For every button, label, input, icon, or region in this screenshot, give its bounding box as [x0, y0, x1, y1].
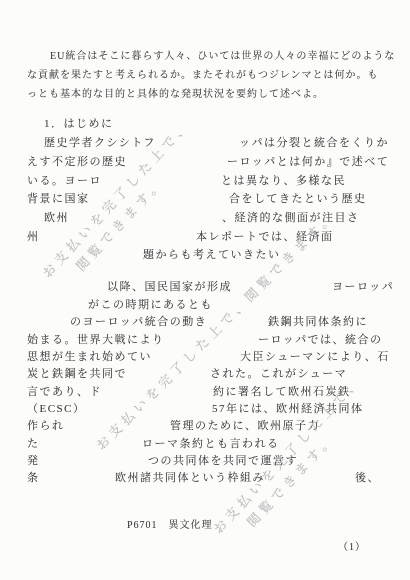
document-page: EU統合はそこに暮らす人々、ひいては世界の人々の幸福にどのようなな貢献を果たすと… — [0, 0, 410, 580]
body-text-fragment: 背景に国家 — [27, 192, 90, 206]
watermark: お支払いを完了した上で、閲覧できます。 — [92, 207, 340, 455]
footer-course-label: P6701 異文化理 — [127, 519, 213, 533]
body-text-fragment: 合をしてきたという歴史 — [229, 192, 367, 206]
body-text-fragment: のヨーロッパ統合の動き — [70, 315, 207, 329]
section-heading: 1．はじめに — [44, 117, 114, 131]
body-text-fragment: ローマ条約とも言われる — [142, 437, 280, 451]
body-text-fragment: 発 — [27, 454, 40, 468]
body-text-fragment: がこの時期にあるとも — [88, 298, 213, 312]
body-text-fragment: 管理のために、欧州原子力 — [170, 419, 320, 433]
body-text-fragment: 欧州 — [44, 211, 69, 225]
body-text-fragment: 本レポートでは、経済面 — [196, 230, 334, 244]
body-text-fragment: 57年には、欧州経済共同体 — [212, 402, 364, 416]
body-text-fragment: 始まる。世界大戦により — [27, 333, 165, 347]
body-text-fragment: 後、 — [355, 471, 380, 485]
body-text-fragment: た — [27, 437, 40, 451]
body-text-fragment: （ECSC） — [27, 402, 86, 416]
body-text-fragment: えす不定形の歴史 — [27, 155, 127, 169]
body-text-fragment: ーロッパでは、統合の — [258, 333, 383, 347]
watermark-line: お支払いを完了した上で、閲覧できます。 — [92, 207, 340, 455]
body-text-fragment: 以降、国民国家が形成 — [107, 280, 232, 294]
body-text-fragment: 作られ — [27, 419, 65, 433]
body-text-fragment: 炭と鉄鋼を共同で — [27, 367, 127, 381]
body-text-fragment: 思想が生まれ始めてい — [27, 350, 152, 364]
body-text-fragment: 歴史学者クシシトフ — [44, 136, 156, 150]
body-text-fragment: 欧州諸共同体という枠組み — [115, 471, 265, 485]
body-text-fragment: 言であり、ド — [27, 385, 102, 399]
prompt-line: EU統合はそこに暮らす人々、ひいては世界の人々の幸福にどのような — [50, 50, 395, 64]
body-text-fragment: とは異なり、多様な民 — [221, 174, 346, 188]
body-text-fragment: された。これがシューマ — [210, 367, 347, 381]
body-text-fragment: 題からも考えていきたい — [143, 248, 281, 262]
body-text-fragment: 大臣シューマンにより、石 — [240, 350, 390, 364]
body-text-fragment: ヨーロッパ — [332, 280, 394, 294]
prompt-line: な貢献を果たすと考えられるか。またそれがもつジレンマとは何か。も — [27, 69, 379, 83]
body-text-fragment: ーロッパとは何か』で述べて — [227, 155, 389, 169]
body-text-fragment: いる。ヨーロ — [27, 174, 102, 188]
body-text-fragment: つの共同体を共同で運営す — [148, 454, 298, 468]
prompt-line: っとも基本的な目的と具体的な発現状況を要約して述べよ。 — [27, 88, 324, 102]
body-text-fragment: 州 — [27, 230, 40, 244]
body-text-fragment: 約に署名して欧州石炭鉄 — [213, 385, 351, 399]
body-text-fragment: 鉄鋼共同体条約に — [268, 315, 368, 329]
body-text-fragment: 条 — [27, 471, 40, 485]
page-number: （1） — [338, 541, 366, 555]
body-text-fragment: 、経済的な側面が注目さ — [222, 211, 360, 225]
body-text-fragment: ッパは分裂と統合をくりか — [239, 136, 389, 150]
